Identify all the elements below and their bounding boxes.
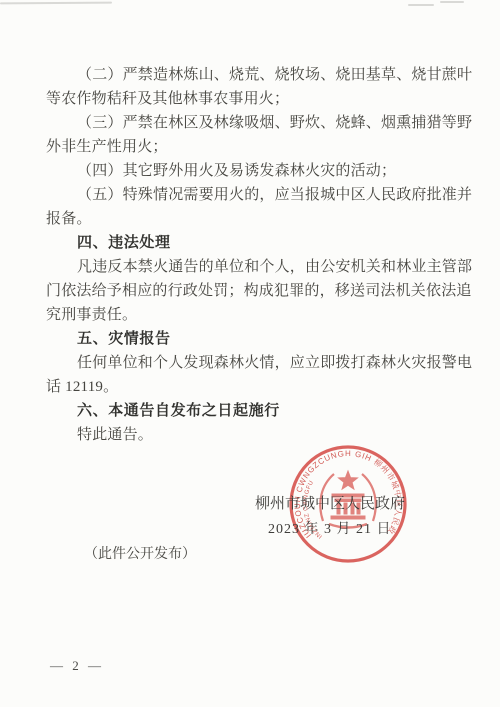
body-line: 话 12119。 <box>46 375 460 399</box>
signature-agency: 柳州市城中区人民政府 <box>255 492 405 513</box>
scanned-document-page: （二）严禁造林炼山、烧荒、烧牧场、烧田基草、烧甘蔗叶 等农作物秸秆及其他林事农事… <box>0 0 500 707</box>
scan-edge-artifact <box>408 4 434 6</box>
body-line: 门依法给予相应的行政处罚；构成犯罪的，移送司法机关依法追 <box>46 279 460 303</box>
section-heading-6: 六、本通告自发布之日起施行 <box>46 399 460 423</box>
signature-date: 2023 年 3 月 21 日 <box>268 518 392 538</box>
body-line: 凡违反本禁火通告的单位和个人，由公安机关和林业主管部 <box>46 255 460 279</box>
document-body: （二）严禁造林炼山、烧荒、烧牧场、烧田基草、烧甘蔗叶 等农作物秸秆及其他林事农事… <box>46 63 460 447</box>
body-line: 报备。 <box>46 207 460 231</box>
body-line: （三）严禁在林区及林缘吸烟、野炊、烧蜂、烟熏捕猎等野 <box>46 111 460 135</box>
scan-edge-artifact <box>440 1 464 3</box>
body-line: 等农作物秸秆及其他林事农事用火； <box>46 87 460 111</box>
scan-edge-artifact <box>0 2 112 5</box>
section-heading-4: 四、违法处理 <box>46 231 460 255</box>
section-heading-5: 五、灾情报告 <box>46 327 460 351</box>
emblem-star-icon <box>339 471 358 489</box>
body-line: （四）其它野外用火及易诱发森林火灾的活动； <box>46 159 460 183</box>
page-number: — 2 — <box>50 658 104 674</box>
body-line: 究刑事责任。 <box>46 303 460 327</box>
body-line: （二）严禁造林炼山、烧荒、烧牧场、烧田基草、烧甘蔗叶 <box>46 63 460 87</box>
body-line: 外非生产性用火； <box>46 135 460 159</box>
body-line: （五）特殊情况需要用火的，应当报城中区人民政府批准并 <box>46 183 460 207</box>
publish-note: （此件公开发布） <box>84 543 196 563</box>
body-line: 任何单位和个人发现森林火情，应立即拨打森林火灾报警电 <box>46 351 460 375</box>
